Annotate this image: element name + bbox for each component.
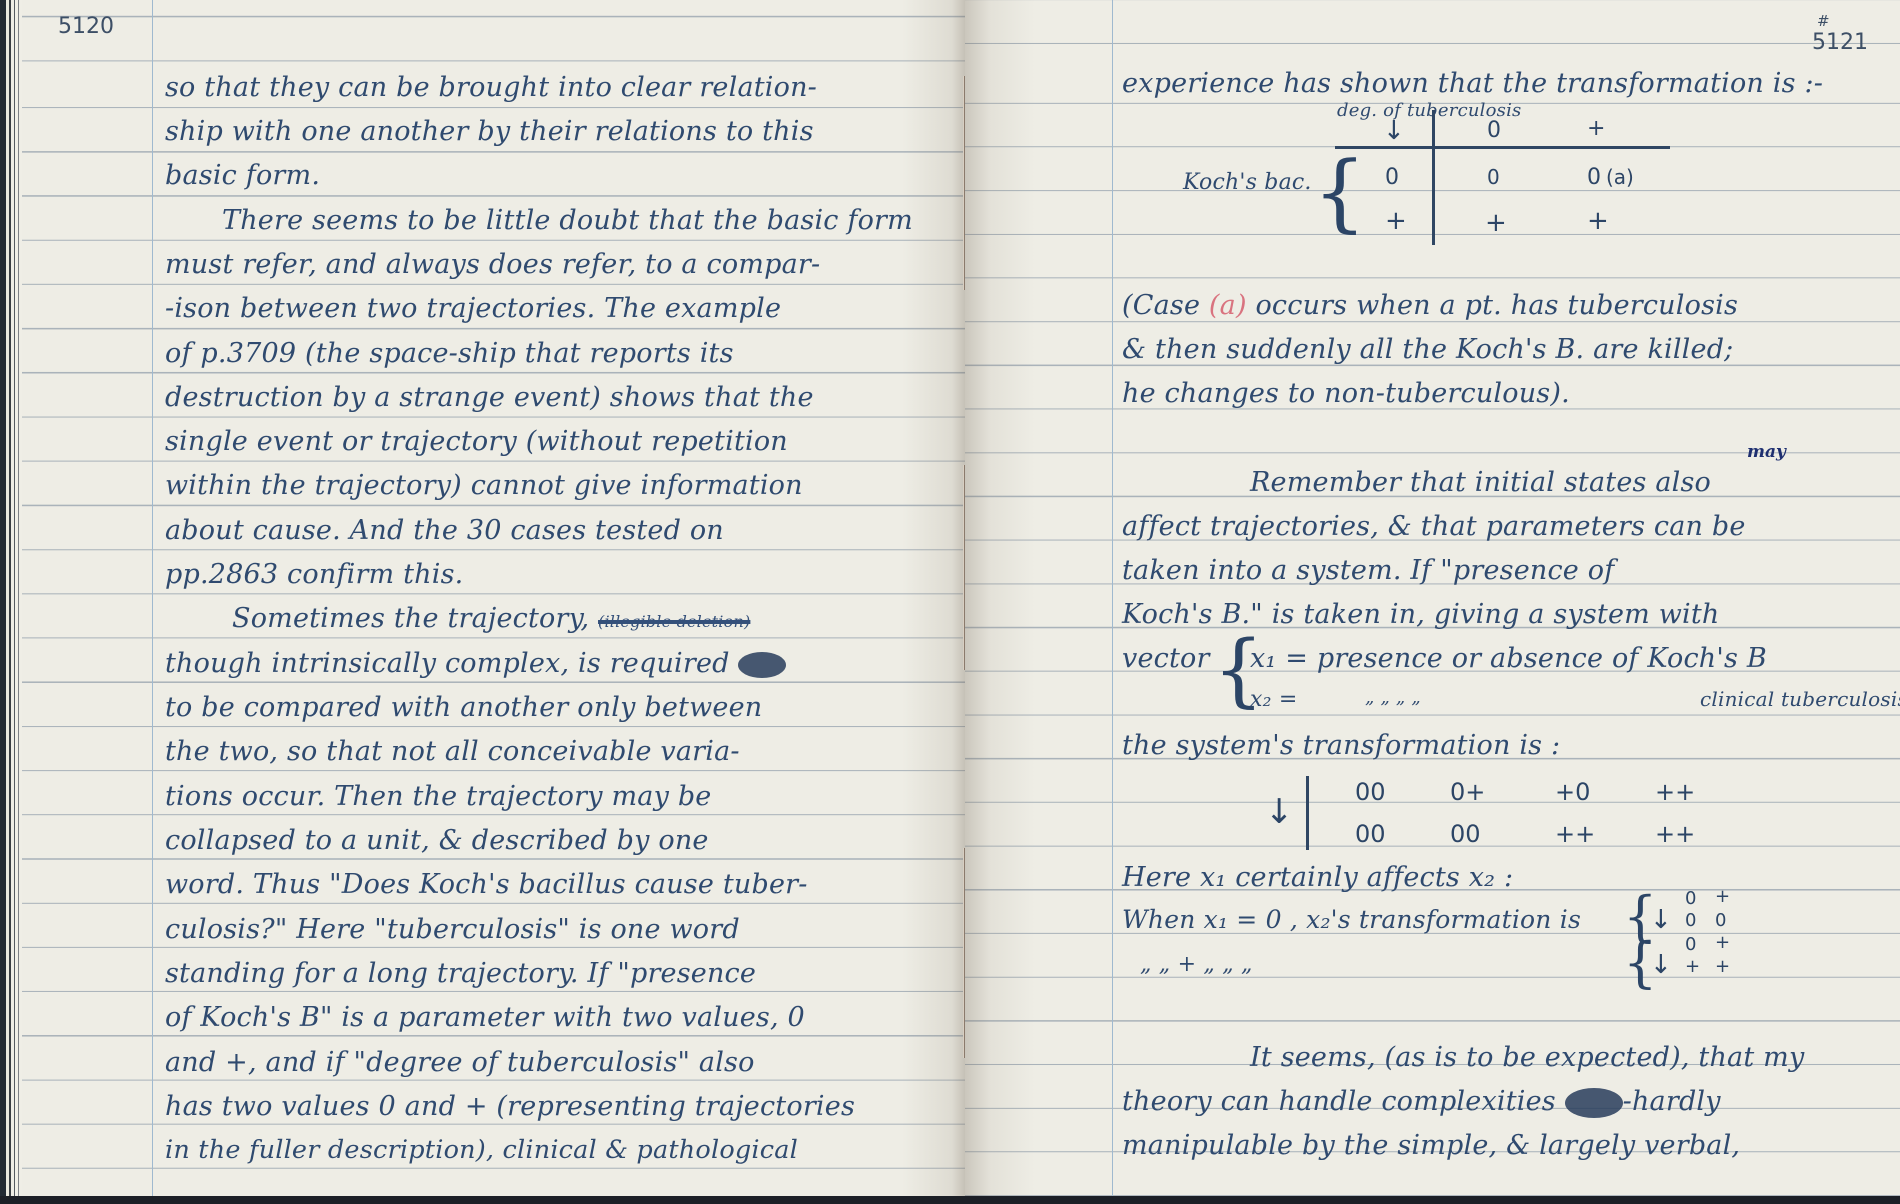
down-arrow-icon: ↓ [1265, 792, 1294, 832]
text-line: standing for a long trajectory. If "pres… [165, 958, 756, 989]
text-segment: (Case [1122, 290, 1209, 321]
when0-cell: 0 [1685, 888, 1696, 909]
notebook-spread: 5120 so that they can be brought into cl… [0, 0, 1900, 1196]
text-line: destruction by a strange event) shows th… [165, 382, 814, 413]
vector-label: vector [1122, 643, 1210, 674]
text-line: -ison between two trajectories. The exam… [165, 293, 781, 324]
when-plus-cell: 0 [1685, 934, 1696, 955]
table1-col: 0 [1487, 118, 1501, 143]
text-line: though intrinsically complex, is require… [165, 648, 786, 679]
table2-cell: 0+ [1450, 778, 1485, 806]
para3-line: theory can handle complexities -hardly [1122, 1086, 1721, 1118]
text-line: and +, and if "degree of tuberculosis" a… [165, 1047, 755, 1078]
para2-line: Koch's B." is taken in, giving a system … [1122, 599, 1720, 630]
when0-line: When x₁ = 0 , x₂'s transformation is [1122, 905, 1581, 934]
when0-cell: + [1715, 886, 1730, 907]
table1-cell: 0 [1587, 165, 1601, 190]
ink-blot [738, 652, 786, 678]
text-line: tions occur. Then the trajectory may be [165, 781, 711, 812]
right-page: # 5121 experience has shown that the tra… [965, 0, 1900, 1196]
left-page: 5120 so that they can be brought into cl… [22, 0, 965, 1196]
right-margin-line [1112, 0, 1113, 1196]
table1-cell: + [1587, 206, 1609, 236]
text-line: within the trajectory) cannot give infor… [165, 470, 803, 501]
left-margin-line [152, 0, 153, 1196]
text-line: has two values 0 and + (representing tra… [165, 1091, 855, 1122]
table2-cell: +0 [1555, 778, 1590, 806]
para2-line: affect trajectories, & that parameters c… [1122, 511, 1746, 542]
note-line: (Case (a) occurs when a pt. has tubercul… [1122, 290, 1738, 321]
table1-cell: 0 [1385, 165, 1399, 190]
text-line: to be compared with another only between [165, 692, 762, 723]
note-line: & then suddenly all the Koch's B. are ki… [1122, 334, 1733, 365]
page-mark: # [1817, 12, 1830, 30]
text-segment: -hardly [1623, 1086, 1721, 1117]
text-line: of p.3709 (the space-ship that reports i… [165, 338, 734, 369]
text-line: of Koch's B" is a parameter with two val… [165, 1002, 805, 1033]
case-a-note: (a) [1606, 165, 1634, 189]
when-plus-cell: + [1685, 956, 1700, 977]
text-line: the two, so that not all conceivable var… [165, 736, 740, 767]
para2-line: Remember that initial states also [1250, 467, 1711, 498]
right-page-number: 5121 [1812, 30, 1868, 55]
text-line: collapsed to a unit, & described by one [165, 825, 709, 856]
when0-cell: 0 [1715, 910, 1726, 931]
vector-x2-lhs: x₂ = [1250, 687, 1297, 712]
text-line: Sometimes the trajectory, (illegible del… [232, 603, 750, 634]
table1-cell: + [1485, 208, 1507, 238]
text-line: about cause. And the 30 cases tested on [165, 515, 724, 546]
intro-line: experience has shown that the transforma… [1122, 68, 1823, 99]
text-segment: Sometimes the trajectory, [232, 603, 589, 634]
text-line: so that they can be brought into clear r… [165, 72, 817, 103]
text-line: There seems to be little doubt that the … [222, 205, 913, 236]
table2-cell: 00 [1450, 820, 1481, 848]
text-line: single event or trajectory (without repe… [165, 426, 788, 457]
text-segment: occurs when a pt. has tuberculosis [1247, 290, 1738, 321]
text-line: word. Thus "Does Koch's bacillus cause t… [165, 869, 808, 900]
table1-rule [1335, 146, 1670, 149]
text-line: culosis?" Here "tuberculosis" is one wor… [165, 914, 740, 945]
inserted-word: may [1747, 442, 1786, 462]
down-arrow-icon: ↓ [1650, 950, 1672, 980]
system-intro: the system's transformation is : [1122, 730, 1560, 761]
when-plus-line: „ „ + „ „ „ [1140, 952, 1253, 977]
table1-col: + [1587, 116, 1605, 141]
para2-line: taken into a system. If "presence of [1122, 555, 1614, 586]
text-segment: though intrinsically complex, is require… [165, 648, 730, 679]
table1-row-label: Koch's bac. [1183, 170, 1312, 195]
table2-cell: ++ [1655, 778, 1695, 806]
left-page-number: 5120 [58, 14, 114, 39]
table1-divider [1432, 110, 1435, 245]
para3-line: It seems, (as is to be expected), that m… [1250, 1042, 1804, 1073]
table2-cell: 00 [1355, 820, 1386, 848]
text-line: must refer, and always does refer, to a … [165, 249, 820, 280]
text-line: in the fuller description), clinical & p… [165, 1135, 798, 1165]
text-line: basic form. [165, 160, 320, 191]
when0-cell: 0 [1685, 910, 1696, 931]
table2-cell: ++ [1555, 820, 1595, 848]
down-arrow-icon: ↓ [1383, 116, 1405, 146]
text-segment: theory can handle complexities [1122, 1086, 1556, 1117]
book-edge [0, 0, 22, 1196]
table1-cell: 0 [1487, 165, 1500, 189]
ink-blot [1565, 1088, 1623, 1118]
table2-cell: 00 [1355, 778, 1386, 806]
case-a-label: (a) [1209, 290, 1247, 321]
when-plus-cell: + [1715, 932, 1730, 953]
effect-line: Here x₁ certainly affects x₂ : [1122, 862, 1513, 893]
para3-line: manipulable by the simple, & largely ver… [1122, 1130, 1740, 1161]
text-line: pp.2863 confirm this. [165, 559, 463, 590]
table1-cell: + [1385, 206, 1407, 236]
ditto-marks: „ „ „ „ [1365, 687, 1421, 708]
vector-x2-rhs: clinical tuberculosis [1700, 687, 1900, 711]
crossed-out-word: (illegible deletion) [598, 612, 750, 631]
text-line: ship with one another by their relations… [165, 116, 814, 147]
brace: { [1313, 150, 1366, 234]
vector-x1: x₁ = presence or absence of Koch's B [1250, 643, 1767, 674]
when-plus-cell: + [1715, 956, 1730, 977]
table2-cell: ++ [1655, 820, 1695, 848]
note-line: he changes to non-tuberculous). [1122, 378, 1570, 409]
table2-divider [1306, 776, 1309, 850]
